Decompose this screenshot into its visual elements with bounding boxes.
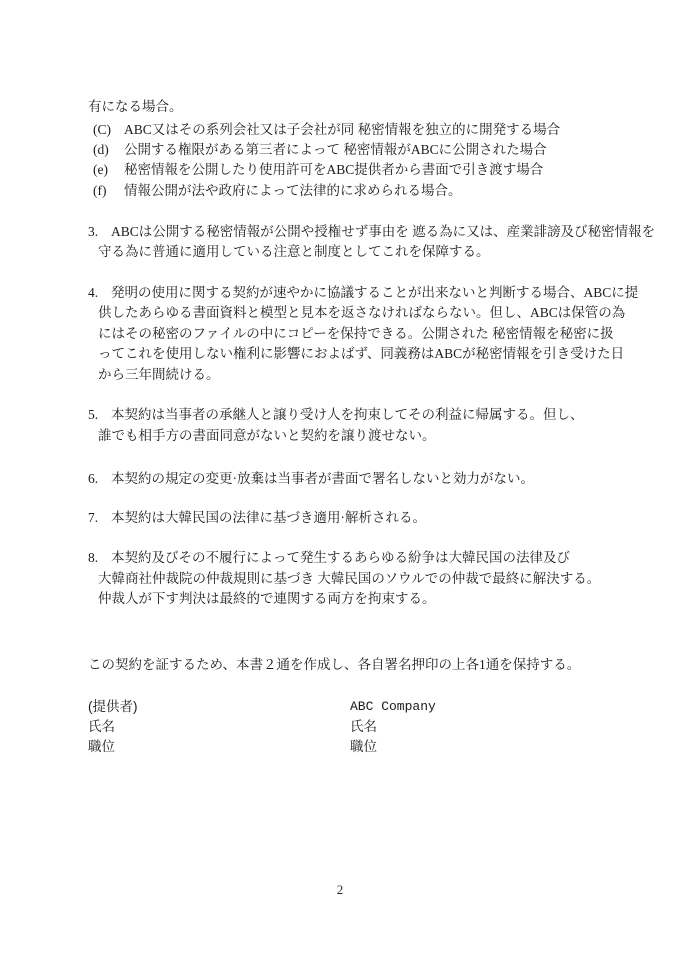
- clause-number: 7.: [88, 508, 111, 529]
- clause-3: 3.ABCは公開する秘密情報が公開や授権せず事由を 遮る為に又は、産業誹謗及び秘…: [88, 222, 633, 263]
- list-item-text: 公開する権限がある第三者によって 秘密情報がABCに公開された場合: [124, 142, 547, 157]
- clause-text: ABCは公開する秘密情報が公開や授権せず事由を 遮る為に又は、産業誹謗及び秘密情…: [111, 224, 655, 239]
- clause-6: 6.本契約の規定の変更·放棄は当事者が書面で署名しないと効力がない。: [88, 469, 633, 490]
- list-item-text: 秘密情報を公開したり使用許可をABC提供者から書面で引き渡す場合: [124, 162, 543, 177]
- provider-name-label: 氏名: [88, 717, 350, 737]
- list-item-text: 情報公開が法や政府によって法律的に求められる場合。: [124, 183, 462, 198]
- list-item-label: (f): [93, 181, 124, 201]
- list-item-d: (d)公開する権限がある第三者によって 秘密情報がABCに公開された場合: [93, 140, 633, 160]
- clause-text: 発明の使用に関する契約が速やかに協議することが出来ないと判断する場合、ABCに提: [111, 285, 638, 300]
- clause-7: 7.本契約は大韓民国の法律に基づき適用·解析される。: [88, 508, 633, 529]
- clause-text: 本契約及びその不履行によって発生するあらゆる紛争は大韓民国の法律及び: [111, 550, 570, 565]
- clause-line: ってこれを使用しない権利に影響におよばず、同義務はABCが秘密情報を引き受けた日: [88, 344, 633, 365]
- clause-line: 仲裁人が下す判決は最終的で連関する両方を拘束する。: [88, 589, 633, 610]
- list-item-label: (C): [93, 120, 124, 140]
- execution-clause: この契約を証するため、本書２通を作成し、各自署名押印の上各1通を保持する。: [88, 654, 633, 675]
- document-page: 有になる場合。 (C)ABC又はその系列会社又は子会社が同 秘密情報を独立的に開…: [0, 0, 680, 962]
- clause-line: 3.ABCは公開する秘密情報が公開や授権せず事由を 遮る為に又は、産業誹謗及び秘…: [88, 222, 633, 243]
- clause-line: 供したあらゆる書面資料と模型と見本を返さなければならない。但し、ABCは保管の為: [88, 303, 633, 324]
- company-name-label: 氏名: [350, 717, 633, 737]
- clause-number: 8.: [88, 548, 111, 569]
- clause-line: 6.本契約の規定の変更·放棄は当事者が書面で署名しないと効力がない。: [88, 469, 633, 490]
- clause-line: にはその秘密のファイルの中にコピーを保持できる。公開された 秘密情報を秘密に扱: [88, 324, 633, 345]
- clause-number: 3.: [88, 222, 111, 243]
- list-item-label: (d): [93, 140, 124, 160]
- clause-line: 大韓商社仲裁院の仲裁規則に基づき 大韓民国のソウルでの仲裁で最終に解決する。: [88, 569, 633, 590]
- clause-5: 5.本契約は当事者の承継人と譲り受け人を拘束してその利益に帰属する。但し、 誰で…: [88, 405, 633, 446]
- clause-number: 5.: [88, 405, 111, 426]
- page-number: 2: [0, 882, 680, 898]
- clause-number: 6.: [88, 469, 111, 490]
- clause-text: 本契約は当事者の承継人と譲り受け人を拘束してその利益に帰属する。但し、: [111, 407, 584, 422]
- clause-line: 誰でも相手方の書面同意がないと契約を譲り渡せない。: [88, 426, 633, 447]
- clause-text: 本契約の規定の変更·放棄は当事者が書面で署名しないと効力がない。: [111, 471, 534, 486]
- carryover-text-line: 有になる場合。: [88, 96, 633, 117]
- clause-8: 8.本契約及びその不履行によって発生するあらゆる紛争は大韓民国の法律及び 大韓商…: [88, 548, 633, 610]
- clause-line: から三年間続ける。: [88, 365, 633, 386]
- company-party-label: ABC Company: [350, 697, 633, 717]
- company-title-label: 職位: [350, 737, 633, 757]
- list-item-c: (C)ABC又はその系列会社又は子会社が同 秘密情報を独立的に開発する場合: [93, 120, 633, 140]
- clause-line: 7.本契約は大韓民国の法律に基づき適用·解析される。: [88, 508, 633, 529]
- document-body: 有になる場合。 (C)ABC又はその系列会社又は子会社が同 秘密情報を独立的に開…: [88, 96, 633, 757]
- provider-title-label: 職位: [88, 737, 350, 757]
- list-item-f: (f)情報公開が法や政府によって法律的に求められる場合。: [93, 181, 633, 201]
- list-item-label: (e): [93, 160, 124, 180]
- list-item-text: ABC又はその系列会社又は子会社が同 秘密情報を独立的に開発する場合: [124, 122, 560, 137]
- clause-line: 8.本契約及びその不履行によって発生するあらゆる紛争は大韓民国の法律及び: [88, 548, 633, 569]
- clause-4: 4.発明の使用に関する契約が速やかに協議することが出来ないと判断する場合、ABC…: [88, 283, 633, 386]
- lettered-list: (C)ABC又はその系列会社又は子会社が同 秘密情報を独立的に開発する場合 (d…: [88, 120, 633, 201]
- list-item-e: (e)秘密情報を公開したり使用許可をABC提供者から書面で引き渡す場合: [93, 160, 633, 180]
- clause-text: 本契約は大韓民国の法律に基づき適用·解析される。: [111, 510, 426, 525]
- clause-line: 4.発明の使用に関する契約が速やかに協議することが出来ないと判断する場合、ABC…: [88, 283, 633, 304]
- signature-block: (提供者) ABC Company 氏名 氏名 職位 職位: [88, 697, 633, 757]
- clause-line: 5.本契約は当事者の承継人と譲り受け人を拘束してその利益に帰属する。但し、: [88, 405, 633, 426]
- clause-line: 守る為に普通に適用している注意と制度としてこれを保障する。: [88, 242, 633, 263]
- provider-party-label: (提供者): [88, 697, 350, 717]
- clause-number: 4.: [88, 283, 111, 304]
